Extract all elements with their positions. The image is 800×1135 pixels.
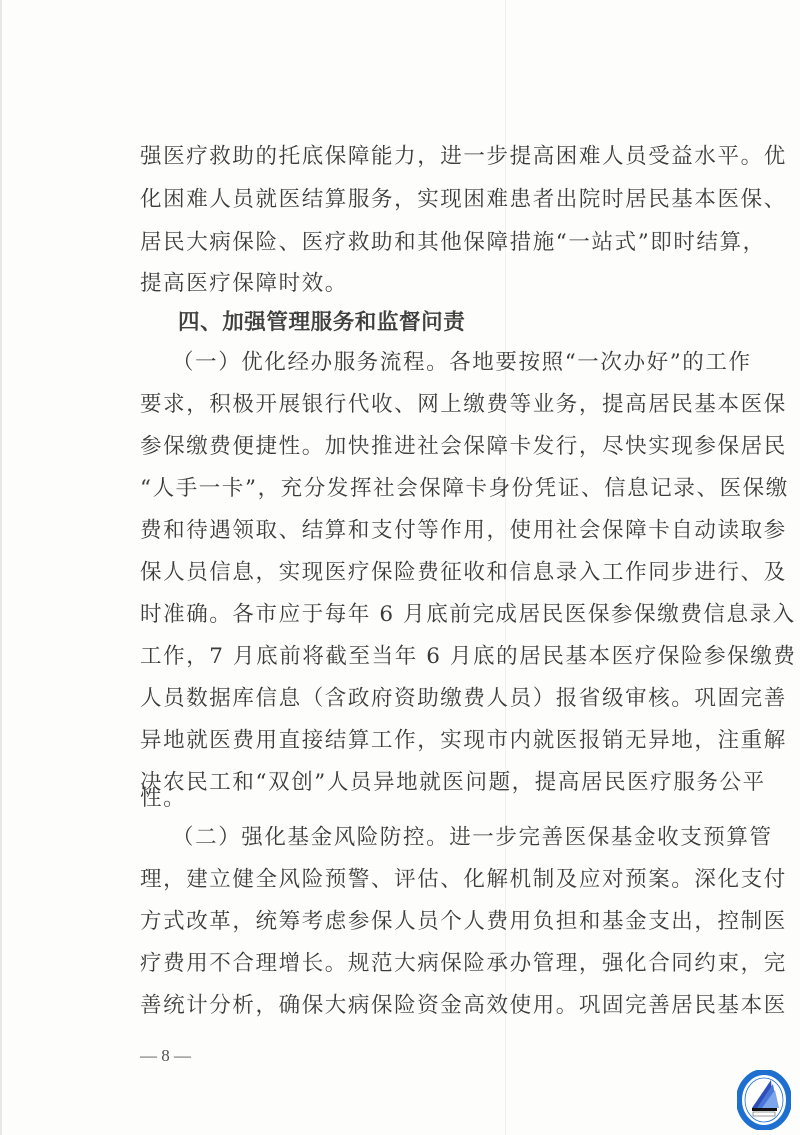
para2-line-3: 方式改革，统筹考虑参保人员个人费用负担和基金支出，控制医 [140,907,740,937]
para1-line-1: （一）优化经办服务流程。各地要按照“一次办好”的工作 [172,348,772,378]
para1-line-2: 要求，积极开展银行代收、网上缴费等业务，提高居民基本医保 [140,390,740,420]
para1-line-7: 时准确。各市应于每年 6 月底前完成居民医保参保缴费信息录入 [140,600,740,630]
para1-line-10: 异地就医费用直接结算工作，实现市内就医报销无异地，注重解 [140,726,740,756]
school-emblem-icon [737,1070,791,1130]
intro-line-1: 强医疗救助的托底保障能力，进一步提高困难人员受益水平。优 [140,142,740,172]
intro-line-3: 居民大病保险、医疗救助和其他保障措施“一站式”即时结算， [140,228,740,258]
para1-line-6: 保人员信息，实现医疗保险费征收和信息录入工作同步进行、及 [140,558,740,588]
para1-line-9: 人员数据库信息（含政府资助缴费人员）报省级审核。巩固完善 [140,684,740,714]
intro-line-2: 化困难人员就医结算服务，实现困难患者出院时居民基本医保、 [140,185,740,215]
para2-line-1: （二）强化基金风险防控。进一步完善医保基金收支预算管 [172,823,772,853]
para2-line-2: 理，建立健全风险预警、评估、化解机制及应对预案。深化支付 [140,865,740,895]
para1-line-3: 参保缴费便捷性。加快推进社会保障卡发行，尽快实现参保居民 [140,432,740,462]
para1-line-4: “人手一卡”，充分发挥社会保障卡身份凭证、信息记录、医保缴 [140,474,740,504]
scan-edge [0,0,2,1135]
document-page: 强医疗救助的托底保障能力，进一步提高困难人员受益水平。优 化困难人员就医结算服务… [0,0,800,1135]
para1-line-12: 性。 [140,784,740,814]
para1-line-8: 工作，7 月底前将截至当年 6 月底的居民基本医疗保险参保缴费 [140,642,740,672]
section-heading: 四、加强管理服务和监督问责 [178,308,778,338]
para2-line-4: 疗费用不合理增长。规范大病保险承办管理，强化合同约束，完 [140,949,740,979]
para1-line-5: 费和待遇领取、结算和支付等作用，使用社会保障卡自动读取参 [140,516,740,546]
intro-line-4: 提高医疗保障时效。 [140,269,740,299]
para2-line-5: 善统计分析，确保大病保险资金高效使用。巩固完善居民基本医 [140,991,740,1021]
page-number: — 8 — [140,1046,191,1066]
